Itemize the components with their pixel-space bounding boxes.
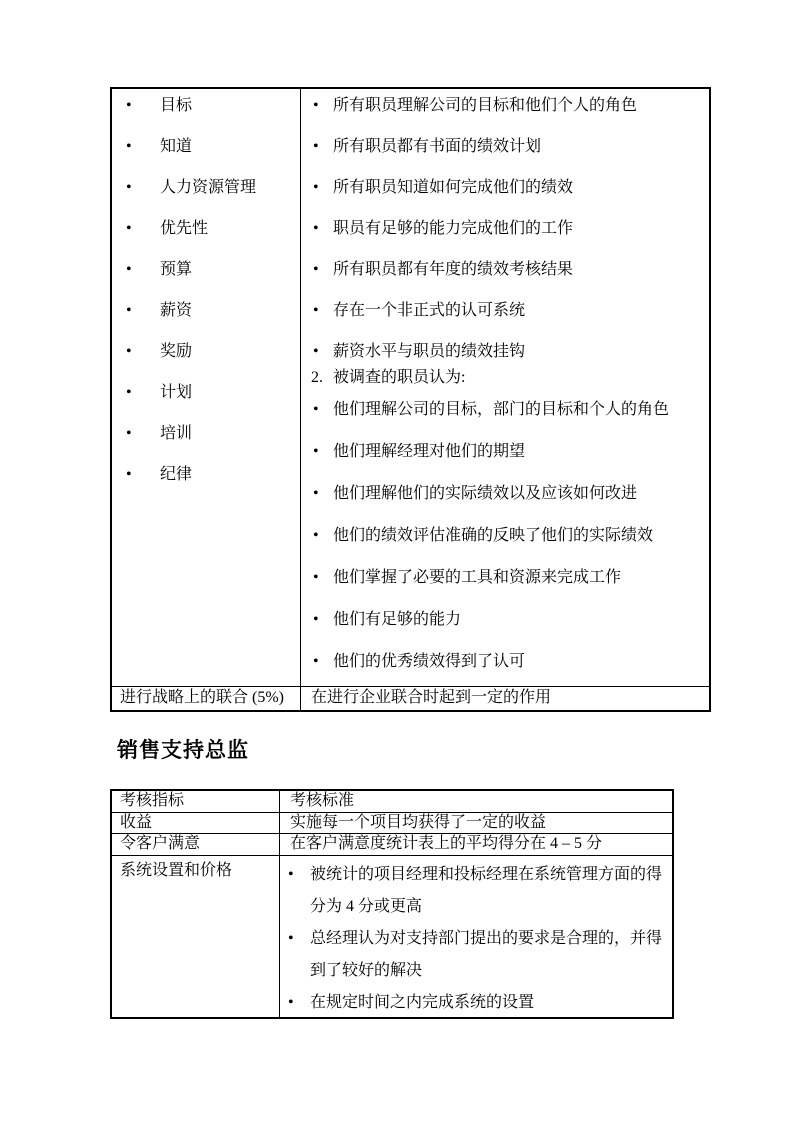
bullet-icon: • (313, 481, 319, 507)
list-item-text: 所有职员知道如何完成他们的绩效 (333, 179, 573, 196)
bullet-icon: • (313, 216, 319, 242)
list-item-text: 被统计的项目经理和投标经理在系统管理方面的得分为 4 分或更高 (310, 866, 662, 915)
bullet-icon: • (126, 380, 132, 406)
bullet-icon: • (126, 462, 132, 488)
bullet-icon: • (126, 175, 132, 201)
list-item-text: 总经理认为对支持部门提出的要求是合理的，并得到了较好的解决 (310, 930, 662, 979)
list-item-text: 他们理解经理对他们的期望 (333, 443, 525, 460)
list-item-text: 所有职员都有年度的绩效考核结果 (333, 261, 573, 278)
list-item: •薪资水平与职员的绩效挂钩 (301, 339, 709, 365)
bullet-icon: • (313, 397, 319, 423)
list-item: •在规定时间之内完成系统的设置 (280, 987, 664, 1017)
list-item: •他们的绩效评估准确的反映了他们的实际绩效 (301, 523, 709, 549)
numbered-item-number: 2. (311, 365, 323, 391)
bullet-icon: • (126, 421, 132, 447)
list-item: •他们掌握了必要的工具和资源来完成工作 (301, 565, 709, 591)
list-item: •所有职员都有书面的绩效计划 (301, 134, 709, 160)
bullet-icon: • (126, 93, 132, 119)
list-item-text: 他们掌握了必要的工具和资源来完成工作 (333, 569, 621, 586)
footer-label-cell: 进行战略上的联合 (5%) (112, 687, 301, 710)
bullet-icon: • (313, 565, 319, 591)
row-label-cell: 令客户满意 (112, 834, 280, 855)
list-item-text: 薪资 (160, 302, 192, 319)
list-item-text: 职员有足够的能力完成他们的工作 (333, 220, 573, 237)
criteria-list: •目标 •知道 •人力资源管理 •优先性 •预算 •薪资 •奖励 •计划 •培训… (112, 93, 300, 488)
list-item-text: 他们的优秀绩效得到了认可 (333, 653, 525, 670)
row-label-cell: 系统设置和价格 (112, 856, 280, 1017)
list-item: •薪资 (112, 298, 300, 324)
list-item: •他们的优秀绩效得到了认可 (301, 649, 709, 675)
list-item: •他们理解公司的目标，部门的目标和个人的角色 (301, 397, 709, 423)
list-item: •他们理解他们的实际绩效以及应该如何改进 (301, 481, 709, 507)
list-item: •纪律 (112, 462, 300, 488)
list-item-text: 优先性 (160, 220, 208, 237)
standards-list-1: •所有职员理解公司的目标和他们个人的角色 •所有职员都有书面的绩效计划 •所有职… (301, 93, 709, 365)
list-item: •所有职员都有年度的绩效考核结果 (301, 257, 709, 283)
list-item: •他们有足够的能力 (301, 607, 709, 633)
performance-table-body: •目标 •知道 •人力资源管理 •优先性 •预算 •薪资 •奖励 •计划 •培训… (112, 89, 709, 687)
sales-support-assessment-table: 考核指标 考核标准 收益 实施每一个项目均获得了一定的收益 令客户满意 在客户满… (110, 789, 674, 1019)
list-item: •优先性 (112, 216, 300, 242)
list-item-text: 奖励 (160, 343, 192, 360)
bullet-icon: • (288, 859, 294, 891)
list-item: •知道 (112, 134, 300, 160)
bullet-icon: • (288, 987, 294, 1017)
criteria-column: •目标 •知道 •人力资源管理 •优先性 •预算 •薪资 •奖励 •计划 •培训… (112, 89, 301, 686)
table-row: 系统设置和价格 •被统计的项目经理和投标经理在系统管理方面的得分为 4 分或更高… (112, 856, 672, 1017)
list-item: •人力资源管理 (112, 175, 300, 201)
list-item-text: 人力资源管理 (160, 179, 256, 196)
list-item: •目标 (112, 93, 300, 119)
row-value-cell: •被统计的项目经理和投标经理在系统管理方面的得分为 4 分或更高 •总经理认为对… (280, 856, 672, 1017)
list-item: •预算 (112, 257, 300, 283)
standards-bullet-list: •被统计的项目经理和投标经理在系统管理方面的得分为 4 分或更高 •总经理认为对… (280, 859, 664, 1017)
list-item: •总经理认为对支持部门提出的要求是合理的，并得到了较好的解决 (280, 923, 664, 987)
table-header-row: 考核指标 考核标准 (112, 791, 672, 813)
bullet-icon: • (126, 134, 132, 160)
table-footer-row: 进行战略上的联合 (5%) 在进行企业联合时起到一定的作用 (112, 687, 709, 710)
list-item-text: 他们理解他们的实际绩效以及应该如何改进 (333, 485, 637, 502)
header-cell-standard: 考核标准 (280, 791, 672, 812)
performance-criteria-table: •目标 •知道 •人力资源管理 •优先性 •预算 •薪资 •奖励 •计划 •培训… (110, 87, 711, 712)
row-label-cell: 收益 (112, 813, 280, 833)
bullet-icon: • (313, 649, 319, 675)
bullet-icon: • (288, 923, 294, 955)
bullet-icon: • (313, 93, 319, 119)
list-item-text: 计划 (160, 384, 192, 401)
list-item: •他们理解经理对他们的期望 (301, 439, 709, 465)
section-heading: 销售支持总监 (117, 736, 249, 764)
bullet-icon: • (126, 257, 132, 283)
list-item-text: 所有职员都有书面的绩效计划 (333, 138, 541, 155)
bullet-icon: • (313, 523, 319, 549)
list-item-text: 他们理解公司的目标，部门的目标和个人的角色 (333, 401, 669, 418)
list-item-text: 培训 (160, 425, 192, 442)
bullet-icon: • (313, 607, 319, 633)
list-item-text: 存在一个非正式的认可系统 (333, 302, 525, 319)
bullet-icon: • (313, 439, 319, 465)
list-item-text: 预算 (160, 261, 192, 278)
standards-column: •所有职员理解公司的目标和他们个人的角色 •所有职员都有书面的绩效计划 •所有职… (301, 89, 709, 686)
list-item: •存在一个非正式的认可系统 (301, 298, 709, 324)
bullet-icon: • (313, 339, 319, 365)
numbered-item-text: 被调查的职员认为: (333, 369, 465, 386)
list-item-text: 目标 (160, 97, 192, 114)
numbered-item: 2. 被调查的职员认为: (301, 365, 709, 391)
bullet-icon: • (126, 216, 132, 242)
bullet-icon: • (313, 134, 319, 160)
document-page: •目标 •知道 •人力资源管理 •优先性 •预算 •薪资 •奖励 •计划 •培训… (0, 0, 793, 1122)
header-cell-indicator: 考核指标 (112, 791, 280, 812)
list-item: •培训 (112, 421, 300, 447)
list-item-text: 在规定时间之内完成系统的设置 (310, 994, 534, 1011)
bullet-icon: • (126, 298, 132, 324)
table-row: 收益 实施每一个项目均获得了一定的收益 (112, 813, 672, 834)
bullet-icon: • (313, 257, 319, 283)
bullet-icon: • (313, 175, 319, 201)
list-item: •所有职员理解公司的目标和他们个人的角色 (301, 93, 709, 119)
list-item-text: 所有职员理解公司的目标和他们个人的角色 (333, 97, 637, 114)
list-item: •奖励 (112, 339, 300, 365)
bullet-icon: • (313, 298, 319, 324)
list-item: •计划 (112, 380, 300, 406)
bullet-icon: • (126, 339, 132, 365)
standards-list-2: •他们理解公司的目标，部门的目标和个人的角色 •他们理解经理对他们的期望 •他们… (301, 397, 709, 675)
list-item-text: 他们的绩效评估准确的反映了他们的实际绩效 (333, 527, 653, 544)
row-value-cell: 在客户满意度统计表上的平均得分在 4 – 5 分 (280, 834, 672, 855)
list-item-text: 薪资水平与职员的绩效挂钩 (333, 343, 525, 360)
list-item-text: 纪律 (160, 466, 192, 483)
row-value-cell: 实施每一个项目均获得了一定的收益 (280, 813, 672, 833)
list-item: •所有职员知道如何完成他们的绩效 (301, 175, 709, 201)
list-item: •职员有足够的能力完成他们的工作 (301, 216, 709, 242)
list-item: •被统计的项目经理和投标经理在系统管理方面的得分为 4 分或更高 (280, 859, 664, 923)
list-item-text: 他们有足够的能力 (333, 611, 461, 628)
footer-value-cell: 在进行企业联合时起到一定的作用 (301, 687, 709, 710)
list-item-text: 知道 (160, 138, 192, 155)
table-row: 令客户满意 在客户满意度统计表上的平均得分在 4 – 5 分 (112, 834, 672, 856)
